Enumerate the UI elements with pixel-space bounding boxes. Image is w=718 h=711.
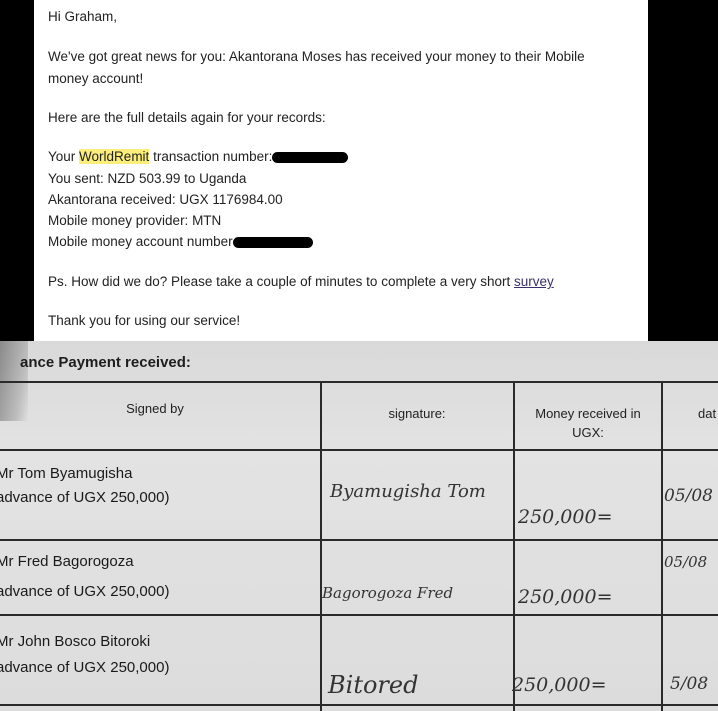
- account-number-line: Mobile money account number: [48, 231, 313, 253]
- column-divider: [320, 381, 322, 711]
- header-date: dat: [698, 404, 718, 423]
- row2-date: 05/08: [664, 553, 707, 571]
- row2-amount: 250,000=: [518, 586, 613, 608]
- header-money-received: Money received inUGX:: [518, 404, 658, 442]
- row2-name: Mr Fred Bagorogoza: [0, 551, 134, 573]
- header-signed-by: Signed by: [60, 399, 250, 418]
- row1-date: 05/08: [664, 486, 713, 506]
- table-border: [0, 704, 718, 706]
- ps-text: Ps. How did we do? Please take a couple …: [48, 274, 510, 289]
- transaction-prefix: Your: [48, 149, 75, 164]
- email-intro-line2: money account!: [48, 68, 143, 90]
- ps-line: Ps. How did we do? Please take a couple …: [48, 271, 554, 293]
- brand-highlight: WorldRemit: [79, 149, 149, 164]
- email-panel: Hi Graham, We've got great news for you:…: [34, 0, 648, 341]
- column-divider: [513, 381, 515, 711]
- row2-note: advance of UGX 250,000): [0, 581, 169, 603]
- column-divider: [661, 381, 663, 711]
- table-border: [0, 449, 718, 451]
- table-border: [0, 381, 718, 383]
- redacted-account-number: [233, 237, 313, 248]
- transaction-number-line: Your WorldRemit transaction number:: [48, 146, 348, 168]
- row3-name: Mr John Bosco Bitoroki: [0, 631, 150, 653]
- email-intro-line1: We've got great news for you: Akantorana…: [48, 46, 585, 68]
- sent-amount: You sent: NZD 503.99 to Uganda: [48, 168, 246, 190]
- received-amount: Akantorana received: UGX 1176984.00: [48, 189, 283, 211]
- table-border: [0, 614, 718, 616]
- table-border: [0, 539, 718, 541]
- header-signature: signature:: [322, 404, 512, 423]
- email-details-heading: Here are the full details again for your…: [48, 107, 326, 129]
- row2-signature: Bagorogoza Fred: [322, 584, 453, 602]
- redacted-transaction-number: [272, 152, 348, 163]
- email-greeting: Hi Graham,: [48, 6, 117, 28]
- account-label: Mobile money account number: [48, 234, 233, 249]
- row1-note: advance of UGX 250,000): [0, 487, 169, 509]
- row3-amount: 250,000=: [512, 674, 607, 696]
- row3-signature: Bitored: [328, 671, 418, 699]
- row1-signature: Byamugisha Tom: [330, 481, 486, 502]
- mobile-provider: Mobile money provider: MTN: [48, 210, 221, 232]
- row3-date: 5/08: [670, 674, 708, 694]
- survey-link[interactable]: survey: [514, 274, 554, 289]
- ledger-title: ance Payment received:: [20, 354, 191, 371]
- row1-amount: 250,000=: [518, 506, 613, 528]
- email-thanks: Thank you for using our service!: [48, 310, 240, 332]
- row1-name: Mr Tom Byamugisha: [0, 463, 132, 485]
- transaction-label: transaction number:: [153, 149, 272, 164]
- row3-note: advance of UGX 250,000): [0, 657, 169, 679]
- payment-ledger-photo: ance Payment received: Signed by signatu…: [0, 341, 718, 711]
